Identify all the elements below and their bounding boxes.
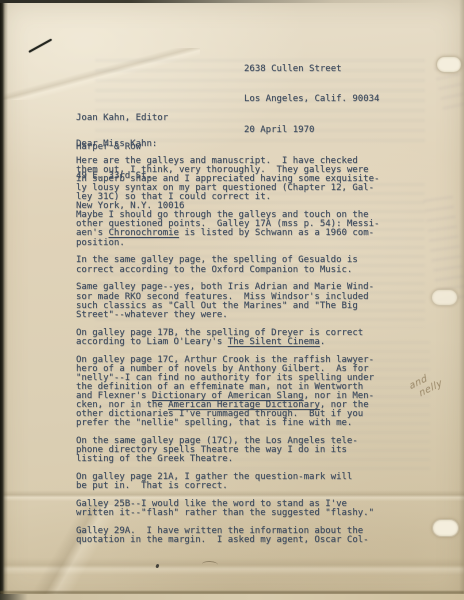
- return-address-line: Los Angeles, Calif. 90034: [244, 94, 379, 104]
- paragraph: Here are the galleys and manuscript. I h…: [76, 157, 406, 202]
- scan-edge-right: [459, 0, 464, 600]
- paragraph: Galley 25B--I would like the word to sta…: [76, 500, 406, 518]
- paragraph: On galley page 17C, Arthur Crook is the …: [76, 356, 406, 429]
- paper-crease: [0, 556, 464, 576]
- return-address-line: 20 April 1970: [244, 125, 379, 135]
- return-address: 2638 Cullen Street Los Angeles, Calif. 9…: [244, 43, 379, 156]
- return-address-line: 2638 Cullen Street: [244, 64, 379, 74]
- paragraph: Same galley page--yes, both Iris Adrian …: [76, 283, 406, 319]
- hole-punch: [432, 519, 459, 537]
- letter-body: Here are the galleys and manuscript. I h…: [76, 157, 406, 554]
- pen-slash-mark: [28, 39, 52, 54]
- paper-crease: [0, 48, 200, 100]
- salutation: Dear Miss Kahn:: [76, 140, 157, 149]
- ink-speck: [155, 564, 159, 568]
- margin-annotation: and nelly: [408, 367, 444, 403]
- scan-edge-bottom: [0, 594, 464, 600]
- paragraph: Galley 29A. I have written the informati…: [76, 527, 406, 545]
- paragraph: Maybe I should go through the galleys an…: [76, 211, 406, 247]
- paragraph: On the same galley page (17C), the Los A…: [76, 437, 406, 464]
- paragraph: On galley page 21A, I gather the questio…: [76, 473, 406, 491]
- paragraph: In the same galley page, the spelling of…: [76, 256, 406, 274]
- paragraph: On galley page 17B, the spelling of Drey…: [76, 329, 406, 347]
- hole-punch: [431, 289, 458, 306]
- scan-edge-top: [0, 0, 464, 3]
- recipient-line: Joan Kahn, Editor: [76, 114, 184, 124]
- faint-pencil-arc: [202, 561, 218, 569]
- scan-edge-left: [0, 0, 8, 600]
- letter-page: 2638 Cullen Street Los Angeles, Calif. 9…: [0, 0, 464, 600]
